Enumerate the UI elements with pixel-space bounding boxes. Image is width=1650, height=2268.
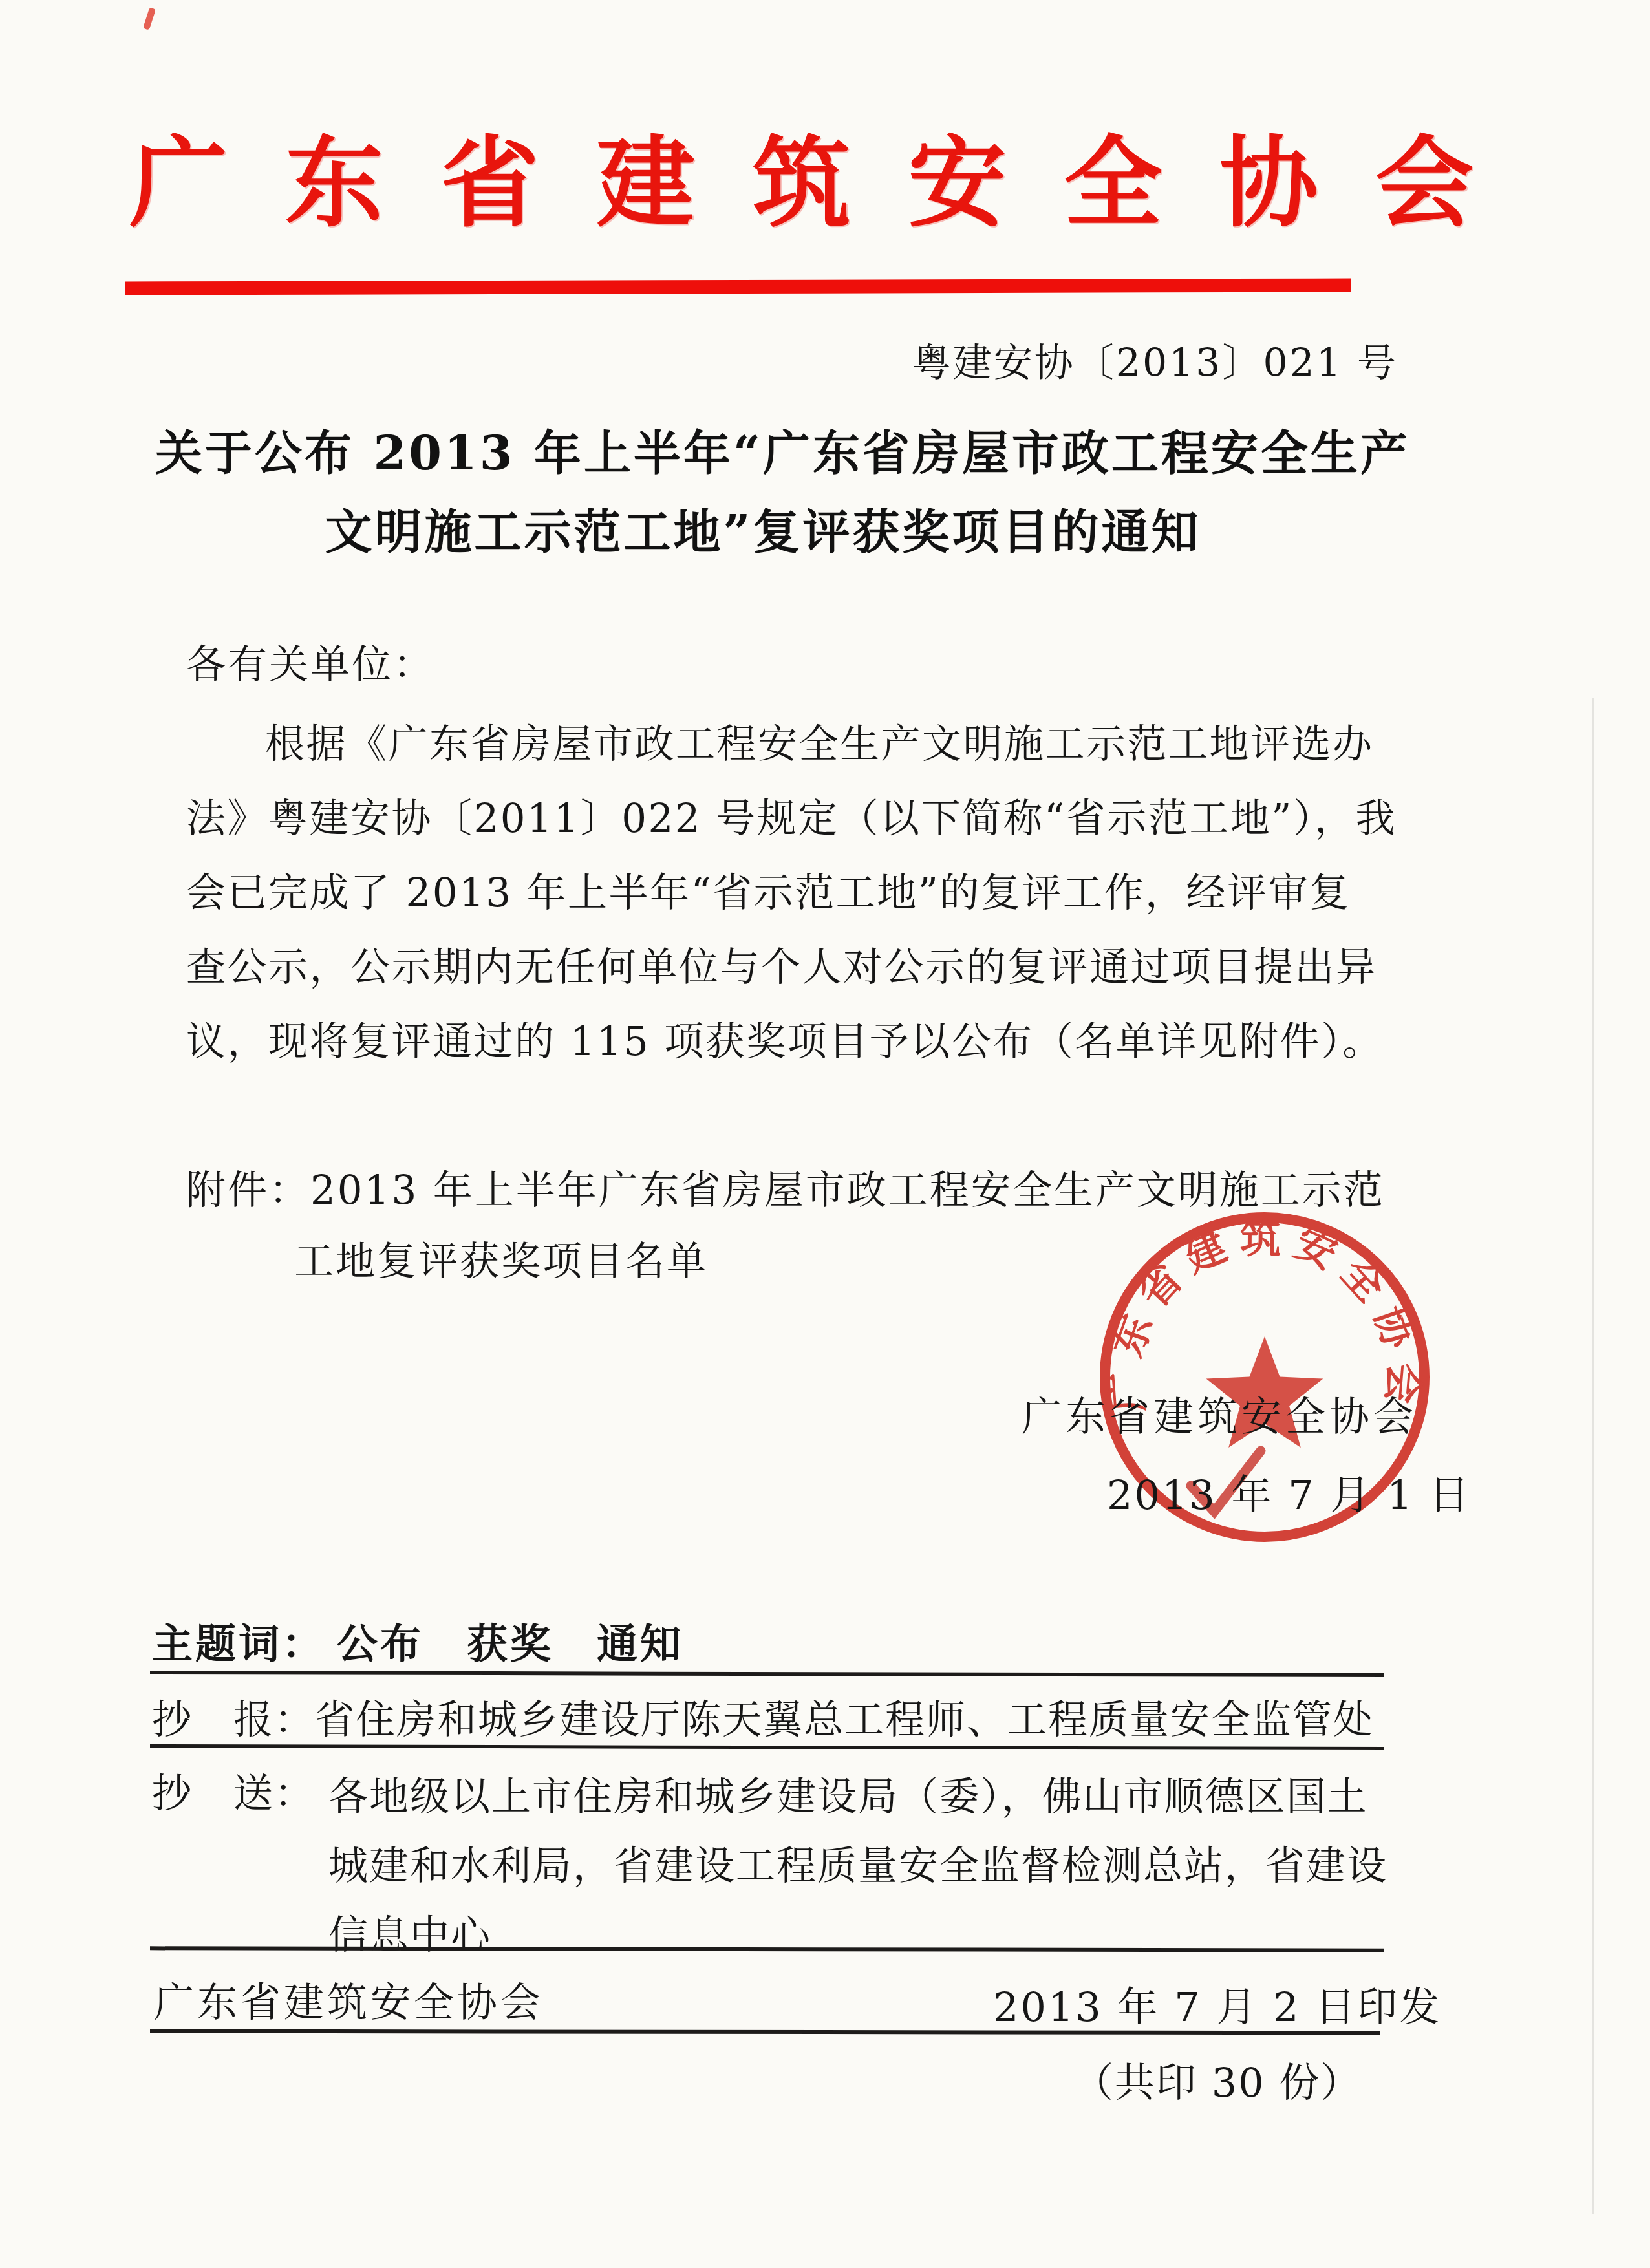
letterhead-red-rule	[125, 279, 1351, 295]
copy-send-line: 信息中心	[328, 1901, 1402, 1970]
copy-send-list: 各地级以上市住房和城乡建设局（委），佛山市顺德区国土 城建和水利局，省建设工程质…	[328, 1762, 1402, 1970]
body-paragraph-line: 法》粤建安协〔2011〕022 号规定（以下简称“省示范工地”），我	[186, 787, 1415, 844]
scan-artifact-vertical-line	[1592, 698, 1594, 2214]
subject-terms: 公布 获奖 通知	[337, 1620, 683, 1667]
letterhead-org-name: 广 东 省 建 筑 安 全 协 会	[129, 105, 1429, 246]
document-title-line1: 关于公布 2013 年上半年“广东省房屋市政工程安全生产	[155, 414, 1371, 493]
copies-note: （共印 30 份）	[1073, 2051, 1362, 2108]
signature-org-name: 广东省建筑安全协会	[1022, 1385, 1417, 1442]
footer-rule-1	[150, 1671, 1384, 1677]
footer-rule-4	[150, 2029, 1380, 2035]
signature-date: 2013 年 7 月 1 日	[1107, 1463, 1471, 1521]
document-title: 关于公布 2013 年上半年“广东省房屋市政工程安全生产 文明施工示范工地”复评…	[155, 414, 1371, 572]
copy-send-line: 城建和水利局，省建设工程质量安全监督检测总站，省建设	[328, 1832, 1402, 1901]
subject-label: 主题词：	[152, 1620, 325, 1667]
scan-artifact-red-speck	[143, 7, 156, 30]
body-paragraph-line: 查公示，公示期内无任何单位与个人对公示的复评通过项目提出异	[186, 936, 1415, 992]
footer-rule-2	[150, 1744, 1384, 1750]
print-date: 2013 年 7 月 2 日印发	[993, 1975, 1441, 2033]
copy-report-text: 省住房和城乡建设厅陈天翼总工程师、工程质量安全监管处	[315, 1697, 1374, 1743]
document-number: 粤建安协〔2013〕021 号	[912, 332, 1398, 388]
subject-terms-row: 主题词：公布 获奖 通知	[152, 1611, 683, 1670]
scanned-official-notice: { "colors": { "header_red": "#e8150d", "…	[0, 0, 1650, 2268]
salutation: 各有关单位：	[186, 634, 434, 690]
copy-report-label: 抄 报：	[152, 1697, 315, 1743]
document-title-line2: 文明施工示范工地”复评获奖项目的通知	[155, 493, 1371, 572]
issuing-org: 广东省建筑安全协会	[154, 1971, 544, 2028]
body-paragraph-line: 根据《广东省房屋市政工程安全生产文明施工示范工地评选办	[186, 713, 1494, 769]
copy-report-row: 抄 报：省住房和城乡建设厅陈天翼总工程师、工程质量安全监管处	[152, 1689, 1384, 1745]
body-paragraph-line: 会已完成了 2013 年上半年“省示范工地”的复评工作，经评审复	[186, 862, 1415, 918]
attachment-note-line2: 工地复评获奖项目名单	[294, 1230, 708, 1287]
copy-send-label: 抄 送：	[152, 1762, 315, 1819]
copy-send-line: 各地级以上市住房和城乡建设局（委），佛山市顺德区国土	[328, 1762, 1402, 1832]
body-paragraph-line: 议，现将复评通过的 115 项获奖项目予以公布（名单详见附件）。	[186, 1011, 1415, 1067]
